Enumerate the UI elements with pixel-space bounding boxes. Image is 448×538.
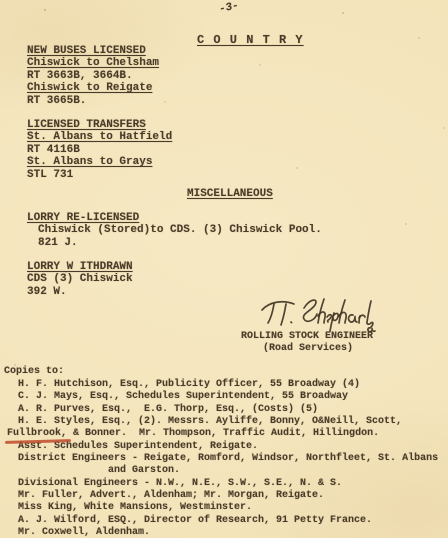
copies-entry: C. J. Mays, Esq., Schedules Superintende… (18, 391, 438, 403)
copies-entry-rest: & Bonner. Mr. Thompson, Traffic Audit, H… (67, 428, 379, 439)
copies-entry: Mr. Fuller, Advert., Aldenham; Mr. Morga… (18, 490, 438, 502)
copies-to-label: Copies to: (4, 366, 64, 377)
fleet-numbers: STL 731 (27, 169, 172, 181)
signatory-role: ROLLING STOCK ENGINEER (241, 331, 373, 342)
miscellaneous-heading-text: MISCELLANEOUS (187, 188, 273, 200)
copies-entry: Miss King, White Mansions, Westminster. (18, 502, 438, 514)
copies-entry-continuation: and Garston. (108, 465, 438, 477)
route-label: Chiswick to Reigate (27, 82, 152, 94)
fleet-numbers: RT 4116B (27, 144, 172, 156)
section-title: LORRY RE-LICENSED (27, 212, 139, 224)
document-page: -3- C O U N T R Y NEW BUSES LICENSED Chi… (0, 0, 448, 538)
country-heading-text: C O U N T R Y (197, 33, 304, 47)
route-label: St. Albans to Hatfield (27, 131, 172, 143)
page-number: -3- (219, 0, 239, 16)
section-lorry-relicensed: LORRY RE-LICENSED Chiswick (Stored)to CD… (27, 212, 322, 249)
copies-entry: Mr. Coxwell, Aldenham. (18, 527, 438, 538)
copies-entry: H. E. Styles, Esq., (2). Messrs. Ayliffe… (18, 416, 438, 428)
section-new-buses-licensed: NEW BUSES LICENSED Chiswick to Chelsham … (27, 45, 159, 107)
miscellaneous-heading: MISCELLANEOUS (187, 188, 273, 200)
copies-list: H. F. Hutchison, Esq., Publicity Officer… (18, 379, 438, 538)
section-title: LICENSED TRANSFERS (27, 119, 146, 131)
section-lorry-withdrawn: LORRY W ITHDRAWN CDS (3) Chiswick 392 W. (27, 261, 133, 298)
section-title: NEW BUSES LICENSED (27, 45, 146, 57)
signatory-department: (Road Services) (263, 343, 353, 354)
copies-entry: Asst. Schedules Superintendent, Reigate. (18, 441, 438, 453)
copies-entry: A. J. Wilford, ESQ., Director of Researc… (18, 515, 438, 527)
copies-entry: Divisional Engineers - N.W., N.E., S.W.,… (18, 478, 438, 490)
section-licensed-transfers: LICENSED TRANSFERS St. Albans to Hatfiel… (27, 119, 172, 181)
transfer-detail: CDS (3) Chiswick (27, 273, 133, 285)
fleet-numbers: RT 3663B, 3664B. (27, 70, 159, 82)
route-label: Chiswick to Chelsham (27, 57, 159, 69)
fleet-numbers: 392 W. (27, 286, 133, 298)
country-heading: C O U N T R Y (197, 33, 304, 47)
red-pencil-highlight: Fullbrook, (7, 428, 67, 440)
copies-entry: A. R. Purves, Esq., E.G. Thorp, Esq., (C… (18, 404, 438, 416)
fleet-numbers: RT 3665B. (27, 95, 159, 107)
copies-entry: District Engineers - Reigate, Romford, W… (18, 453, 438, 465)
section-title: LORRY W ITHDRAWN (27, 261, 133, 273)
signature-handwriting (258, 296, 378, 334)
route-label: St. Albans to Grays (27, 156, 152, 168)
transfer-detail: Chiswick (Stored)to CDS. (3) Chiswick Po… (38, 224, 322, 236)
copies-entry: Fullbrook, & Bonner. Mr. Thompson, Traff… (7, 428, 438, 440)
fleet-numbers: 821 J. (38, 237, 322, 249)
copies-entry: H. F. Hutchison, Esq., Publicity Officer… (18, 379, 438, 391)
